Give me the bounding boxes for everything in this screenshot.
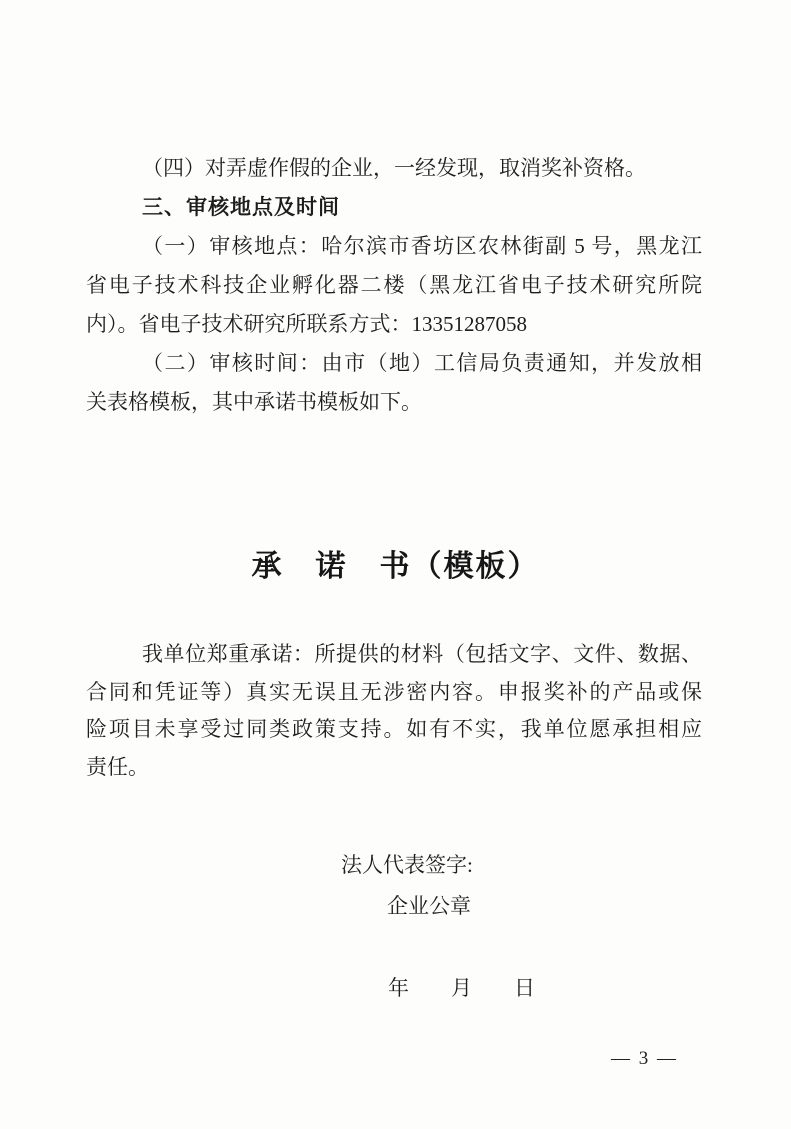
date-line-year-month-day: 年 月 日: [388, 972, 535, 1002]
pledge-title: 承 诺 书（模板）: [0, 541, 791, 585]
legal-representative-signature-label: 法人代表签字:: [341, 849, 473, 879]
audit-section: （四）对弄虚作假的企业，一经发现，取消奖补资格。 三、审核地点及时间 （一）审核…: [86, 149, 702, 422]
audit-time-line-1: （二）审核时间：由市（地）工信局负责通知，并发放相: [86, 344, 702, 383]
scanned-document-page: （四）对弄虚作假的企业，一经发现，取消奖补资格。 三、审核地点及时间 （一）审核…: [0, 0, 791, 1129]
pledge-line-3: 险项目未享受过同类政策支持。如有不实，我单位愿承担相应: [86, 711, 702, 749]
pledge-line-1: 我单位郑重承诺：所提供的材料（包括文字、文件、数据、: [86, 636, 702, 674]
audit-place-line-2: 省电子技术科技企业孵化器二楼（黑龙江省电子技术研究所院: [86, 266, 702, 305]
audit-place-line-1: （一）审核地点：哈尔滨市香坊区农林街副 5 号，黑龙江: [86, 227, 702, 266]
page-number: — 3 —: [611, 1048, 678, 1070]
audit-place-line-3-contact-phone: 内）。省电子技术研究所联系方式：13351287058: [86, 305, 702, 344]
company-seal-label: 企业公章: [387, 890, 471, 920]
pledge-line-2: 合同和凭证等）真实无误且无涉密内容。申报奖补的产品或保: [86, 674, 702, 712]
audit-item-4: （四）对弄虚作假的企业，一经发现，取消奖补资格。: [86, 149, 702, 188]
audit-time-line-2: 关表格模板，其中承诺书模板如下。: [86, 383, 702, 422]
pledge-paragraph: 我单位郑重承诺：所提供的材料（包括文字、文件、数据、 合同和凭证等）真实无误且无…: [86, 636, 702, 786]
pledge-line-4: 责任。: [86, 749, 702, 787]
section-heading-audit-place-time: 三、审核地点及时间: [86, 188, 702, 227]
